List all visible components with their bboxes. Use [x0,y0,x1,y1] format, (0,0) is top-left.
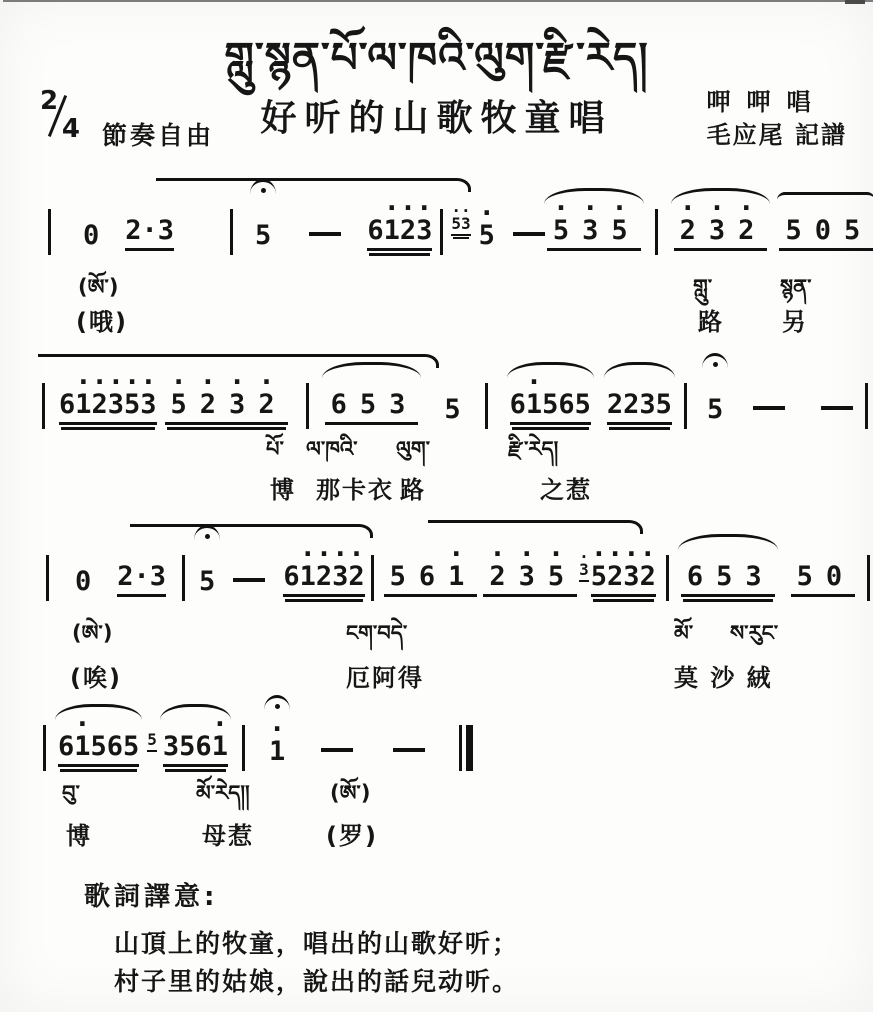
lyrics-row-chinese: 博那卡衣路之惹 [38,470,850,504]
music-line: 02·35 ····61232 ·561···235·3····52326535… [38,524,850,694]
note-group: 5 [255,208,271,260]
phrase-slur [130,524,373,538]
lyric-chinese: 莫 沙 絨 [674,658,773,693]
lyrics-row-chinese: 博母惹(罗) [38,816,850,850]
note-digits: 235 [483,562,577,597]
lyrics-row-chinese: (哦)路另 [38,302,850,336]
note-digits: 2235 [607,390,672,425]
bar-line [46,555,49,601]
lyric-chinese: 路 [698,302,724,337]
dash-note [753,406,785,410]
note-digits: 5 [199,567,215,597]
dash-note [821,406,853,410]
song-title: 好听的山歌牧童唱 [260,90,612,141]
music-line: ·····612353····52326535 · 6156522355པོ་ལ… [38,352,850,522]
bar-line [48,209,51,255]
scan-edge-artifact [3,0,873,2]
note-group: 50 [791,549,856,606]
credit-transcriber: 毛应尾 記譜 [707,118,847,152]
dash-note [233,578,265,582]
lyric-chinese: (哦) [76,302,128,337]
bar-line [655,209,658,255]
note-group: ····61232 [283,549,364,606]
note-digits: 6123 [367,216,432,251]
note-group: ···6123 [367,203,432,260]
note-group: 653 [681,549,775,606]
note-digits: 61232 [283,562,364,597]
lyric-chinese: 另 [782,302,808,337]
note-group: ···235 [483,549,577,606]
phrase-slur [156,178,471,192]
lyric-chinese: 母惹 [202,816,254,851]
dash-note [309,232,341,236]
note-digits: 612353 [59,390,157,425]
note-digits: 5 [147,731,157,752]
note-digits: 535 [547,216,641,251]
bar-line [485,383,488,429]
note-digits: 2·3 [117,562,166,597]
time-signature-denominator: 4 [62,114,80,144]
phrase-slur [428,520,643,534]
music-line: · 615655 ·3561·1བུ་མོ་རེད།།(ཨོ་)博母惹(罗) [38,694,850,864]
bar-line [371,555,374,601]
note-digits: 3 [579,561,589,582]
bar-line [43,725,46,771]
phrase-slur [38,354,439,368]
bar-line [666,555,669,601]
note-digits: 232 [674,216,768,251]
note-digits: 5 [479,221,495,251]
translation-line: 村子里的姑娘，說出的話兒动听。 [114,962,519,998]
lyrics-row-chinese: (唉)厄阿得莫 沙 絨 [38,658,850,692]
note-group: 5 [199,554,215,606]
notes-row: 02·35 ···6123··53·5···535···232505 [38,194,850,260]
note-group: 0 [83,208,99,260]
lyric-chinese: 之惹 [540,470,592,505]
dash-note [321,748,353,752]
note-group: 505 [779,203,873,260]
note-group: ···232 [674,203,768,260]
note-group: ·1 [269,724,285,776]
note-group: ····5232 [591,549,656,606]
dash-note [393,748,425,752]
lyric-chinese: 路 [400,470,426,505]
note-digits: 5 [444,395,460,425]
dash-note [513,232,545,236]
bar-line [440,209,443,255]
bar-line [865,383,868,429]
notes-row: · 615655 ·3561·1 [38,710,850,776]
lyric-chinese: 博 [270,470,296,505]
grace-note-group: ··53 [451,207,470,242]
lyrics-row-tibetan: (ཨེ་)ངག་བདེ་མོ་ས་རུང་ [38,610,850,644]
note-group: ·5 [479,208,495,260]
note-group: 2·3 [125,203,174,260]
lyric-chinese: 厄阿得 [346,658,424,693]
note-group: 2·3 [117,549,166,606]
notes-row: ·····612353····52326535 · 6156522355 [38,368,850,434]
note-digits: 5232 [165,390,288,425]
bar-line [684,383,687,429]
tempo-marking: 節奏自由 [102,116,214,152]
lyrics-row-tibetan: པོ་ལ་ཁའི་ལུག་རྫི་རེད། [38,426,850,460]
bar-line [306,383,309,429]
double-bar-line [459,725,473,771]
note-digits: 505 [779,216,873,251]
fermata-dot [713,362,718,367]
note-group: ···535 [547,203,641,260]
note-digits: 3561 [163,732,228,767]
bar-line [182,555,185,601]
note-digits: 61565 [510,390,591,425]
translation-line: 山頂上的牧童，唱出的山歌好听； [114,924,519,960]
lyrics-row-tibetan: བུ་མོ་རེད།།(ཨོ་) [38,770,850,804]
bar-line [242,725,245,771]
note-digits: 0 [75,567,91,597]
grace-note-group: 5 [147,723,157,758]
note-digits: 50 [791,562,856,597]
note-digits: 561 [384,562,478,597]
credit-singer: 呷呷唱 [707,86,847,118]
note-digits: 53 [451,215,470,236]
lyric-chinese: 那卡衣 [316,470,394,505]
lyric-chinese: (罗) [326,816,378,851]
notes-row: 02·35 ····61232 ·561···235·3····52326535… [38,540,850,606]
lyrics-row-tibetan: (ཨོ་)གླུ་སྙན་ [38,264,850,298]
note-group: 0 [75,554,91,606]
scan-corner-artifact [845,0,865,4]
time-signature-numerator: 2 [40,86,58,116]
note-digits: 0 [83,221,99,251]
bar-line [867,555,870,601]
lyric-chinese: (唉) [70,658,122,693]
note-group: ·561 [384,549,478,606]
note-group: · 61565 [58,719,139,776]
grace-note-group: ·3 [579,553,589,588]
translation-label: 歌詞譯意: [84,876,218,913]
note-digits: 653 [325,390,419,425]
music-line: 02·35 ···6123··53·5···535···232505(ཨོ་)ག… [38,178,850,348]
note-digits: 5 [707,395,723,425]
bar-line [42,383,45,429]
note-digits: 5232 [591,562,656,597]
note-digits: 1 [269,737,285,767]
note-digits: 653 [681,562,775,597]
bar-line [230,209,233,255]
note-digits: 2·3 [125,216,174,251]
lyric-chinese: 博 [66,816,92,851]
note-digits: 5 [255,221,271,251]
note-group: ·3561 [163,719,228,776]
fermata-dot [275,704,280,709]
credits: 呷呷唱 毛应尾 記譜 [707,86,847,152]
sheet-music-page: གླུ་སྙན་པོ་ལ་ཁའི་ལུག་རྫི་རེད། 2 4 節奏自由 好… [0,0,873,1012]
note-digits: 61565 [58,732,139,767]
time-signature: 2 4 [40,90,80,142]
